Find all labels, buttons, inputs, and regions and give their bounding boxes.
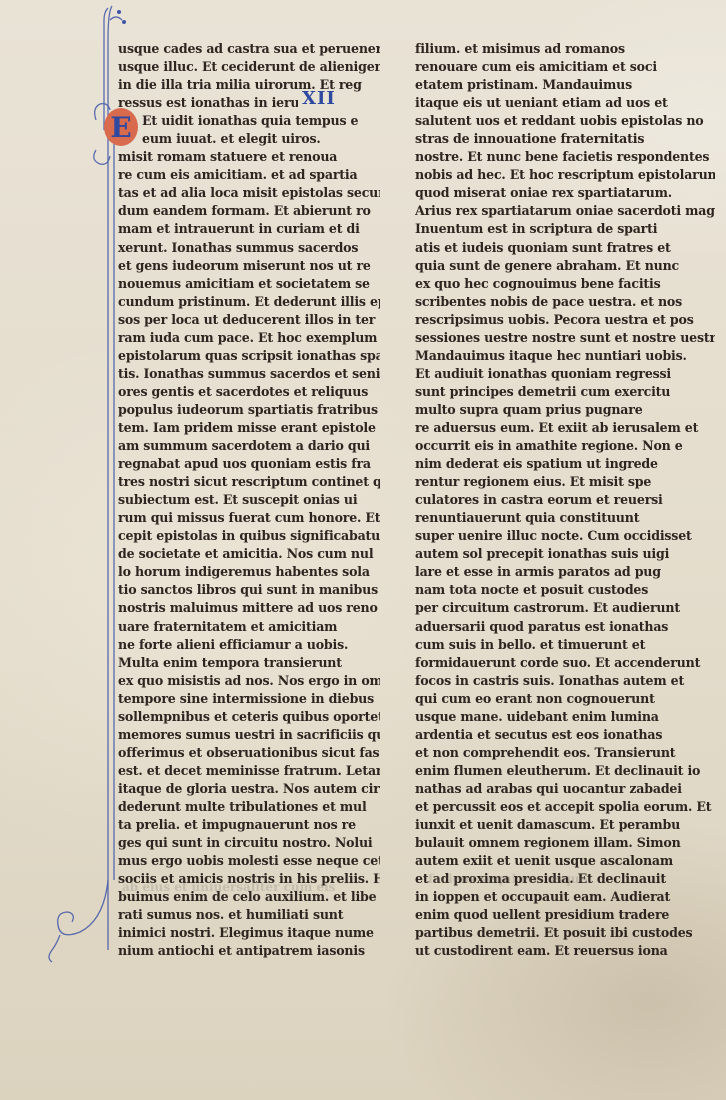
text-line: lare et esse in armis paratos ad pug: [415, 563, 715, 581]
text-line: est. et decet meminisse fratrum. Letamur: [118, 762, 380, 780]
text-line: in ioppen et occupauit eam. Audierat: [415, 888, 715, 906]
text-line: ardentia et secutus est eos ionathas: [415, 726, 715, 744]
text-line: sollempnibus et ceteris quibus oportet: [118, 708, 380, 726]
text-line: tas et ad alia loca misit epistolas secu…: [118, 184, 380, 202]
text-line: tem. Iam pridem misse erant epistole ad …: [118, 419, 380, 437]
text-line: mus ergo uobis molesti esse neque ceteri…: [118, 852, 380, 870]
text-line: dederunt multe tribulationes et mul: [118, 798, 380, 816]
text-line: sunt principes demetrii cum exercitu: [415, 383, 715, 401]
text-line: re cum eis amicitiam. et ad spartia: [118, 166, 380, 184]
text-line: cepit epistolas in quibus significabatur: [118, 527, 380, 545]
text-line: tis. Ionathas summus sacerdos et seni: [118, 365, 380, 383]
text-line: ta prelia. et impugnauerunt nos re: [118, 816, 380, 834]
text-line: quia sunt de genere abraham. Et nunc: [415, 257, 715, 275]
text-line: eum iuuat. et elegit uiros.: [118, 130, 380, 148]
text-line: de societate et amicitia. Nos cum nul: [118, 545, 380, 563]
text-line: et non comprehendit eos. Transierunt: [415, 744, 715, 762]
text-line: nathas ad arabas qui uocantur zabadei: [415, 780, 715, 798]
text-line: rentur regionem eius. Et misit spe: [415, 473, 715, 491]
text-line: am summum sacerdotem a dario qui: [118, 437, 380, 455]
text-line: multo supra quam prius pugnare: [415, 401, 715, 419]
text-line: ores gentis et sacerdotes et reliquus: [118, 383, 380, 401]
text-line: ne forte alieni efficiamur a uobis.: [118, 636, 380, 654]
bleed-through-text: ab eius et uniuersaliter cum eis: [122, 880, 335, 894]
text-line: renuntiauerunt quia constituunt: [415, 509, 715, 527]
text-line: Arius rex spartiatarum oniae sacerdoti m…: [415, 202, 715, 220]
text-line: salutent uos et reddant uobis epistolas …: [415, 112, 715, 130]
text-line: nim dederat eis spatium ut ingrede: [415, 455, 715, 473]
text-line: uare fraternitatem et amicitiam: [118, 618, 380, 636]
text-line: nium antiochi et antipatrem iasonis: [118, 942, 380, 960]
text-line: misit romam statuere et renoua: [118, 148, 380, 166]
text-line: rescripsimus uobis. Pecora uestra et pos: [415, 311, 715, 329]
text-line: subiectum est. Et suscepit onias ui: [118, 491, 380, 509]
text-line: nostre. Et nunc bene facietis respondent…: [415, 148, 715, 166]
text-line: culatores in castra eorum et reuersi: [415, 491, 715, 509]
text-line: nam tota nocte et posuit custodes: [415, 581, 715, 599]
text-line: cum suis in bello. et timuerunt et: [415, 636, 715, 654]
text-line: usque mane. uidebant enim lumina: [415, 708, 715, 726]
text-line: quod miserat oniae rex spartiatarum.: [415, 184, 715, 202]
text-line: memores sumus uestri in sacrificiis que: [118, 726, 380, 744]
text-line: enim quod uellent presidium tradere: [415, 906, 715, 924]
text-line: ressus est ionathas in ierusalem: [118, 94, 298, 112]
text-line: Multa enim tempora transierunt: [118, 654, 380, 672]
text-line: sessiones uestre nostre sunt et nostre u…: [415, 329, 715, 347]
text-line: tempore sine intermissione in diebus: [118, 690, 380, 708]
bleed-through-text: faciens sequi eos usque: [428, 872, 587, 886]
text-line: Et audiuit ionathas quoniam regressi: [415, 365, 715, 383]
text-line: Et uidit ionathas quia tempus e: [118, 112, 380, 130]
text-line: mam et intrauerunt in curiam et di: [118, 220, 380, 238]
text-line: aduersarii quod paratus est ionathas: [415, 618, 715, 636]
text-line: epistolarum quas scripsit ionathas spart…: [118, 347, 380, 365]
text-line: populus iudeorum spartiatis fratribus sa…: [118, 401, 380, 419]
text-line: tio sanctos libros qui sunt in manibus: [118, 581, 380, 599]
text-line: nobis ad hec. Et hoc rescriptum epistola…: [415, 166, 715, 184]
text-line: stras de innouatione fraternitatis: [415, 130, 715, 148]
text-line: itaque de gloria uestra. Nos autem circu…: [118, 780, 380, 798]
text-line: lo horum indigeremus habentes sola: [118, 563, 380, 581]
text-line: itaque eis ut ueniant etiam ad uos et: [415, 94, 715, 112]
text-line: et gens iudeorum miserunt nos ut re: [118, 257, 380, 275]
text-line: Inuentum est in scriptura de sparti: [415, 220, 715, 238]
text-line: scribentes nobis de pace uestra. et nos: [415, 293, 715, 311]
text-line: regnabat apud uos quoniam estis fra: [118, 455, 380, 473]
text-line: ram iuda cum pace. Et hoc exemplum: [118, 329, 380, 347]
text-line: atis et iudeis quoniam sunt fratres et: [415, 239, 715, 257]
text-line: nouemus amicitiam et societatem se: [118, 275, 380, 293]
text-line: in die illa tria milia uirorum. Et reg: [118, 76, 380, 94]
text-line: nostris maluimus mittere ad uos reno: [118, 599, 380, 617]
text-line: filium. et misimus ad romanos: [415, 40, 715, 58]
text-line: renouare cum eis amicitiam et soci: [415, 58, 715, 76]
text-line: focos in castris suis. Ionathas autem et: [415, 672, 715, 690]
text-line: ges qui sunt in circuitu nostro. Nolui: [118, 834, 380, 852]
text-line: etatem pristinam. Mandauimus: [415, 76, 715, 94]
text-line: per circuitum castrorum. Et audierunt: [415, 599, 715, 617]
text-line: rati sumus nos. et humiliati sunt: [118, 906, 380, 924]
text-line: et percussit eos et accepit spolia eorum…: [415, 798, 715, 816]
text-line: Mandauimus itaque hec nuntiari uobis.: [415, 347, 715, 365]
text-line: offerimus et obseruationibus sicut fas: [118, 744, 380, 762]
text-line: iunxit et uenit damascum. Et perambu: [415, 816, 715, 834]
text-line: tres nostri sicut rescriptum continet qu…: [118, 473, 380, 491]
text-line: bulauit omnem regionem illam. Simon: [415, 834, 715, 852]
text-line: dum eandem formam. Et abierunt ro: [118, 202, 380, 220]
text-line: ex quo hec cognouimus bene facitis: [415, 275, 715, 293]
text-line: rum qui missus fuerat cum honore. Et ac: [118, 509, 380, 527]
text-line: usque cades ad castra sua et peruenerunt: [118, 40, 380, 58]
text-line: autem exiit et uenit usque ascalonam: [415, 852, 715, 870]
text-line: occurrit eis in amathite regione. Non e: [415, 437, 715, 455]
text-line: sos per loca ut deducerent illos in ter: [118, 311, 380, 329]
text-line: ut custodirent eam. Et reuersus iona: [415, 942, 715, 960]
text-line: qui cum eo erant non cognouerunt: [415, 690, 715, 708]
text-column-left: usque cades ad castra sua et peruenerunt…: [118, 40, 380, 960]
text-line: inimici nostri. Elegimus itaque nume: [118, 924, 380, 942]
text-line: cundum pristinum. Et dederunt illis epis…: [118, 293, 380, 311]
text-line: usque illuc. Et ceciderunt de alienigeni…: [118, 58, 380, 76]
text-line: super uenire illuc nocte. Cum occidisset: [415, 527, 715, 545]
text-line: partibus demetrii. Et posuit ibi custode…: [415, 924, 715, 942]
text-line: re aduersus eum. Et exiit ab ierusalem e…: [415, 419, 715, 437]
text-line: formidauerunt corde suo. Et accenderunt: [415, 654, 715, 672]
text-line: autem sol precepit ionathas suis uigi: [415, 545, 715, 563]
text-line: enim flumen eleutherum. Et declinauit io: [415, 762, 715, 780]
text-line: xerunt. Ionathas summus sacerdos: [118, 239, 380, 257]
text-line: ex quo misistis ad nos. Nos ergo in omni: [118, 672, 380, 690]
text-column-right: filium. et misimus ad romanos renouare c…: [415, 40, 715, 960]
